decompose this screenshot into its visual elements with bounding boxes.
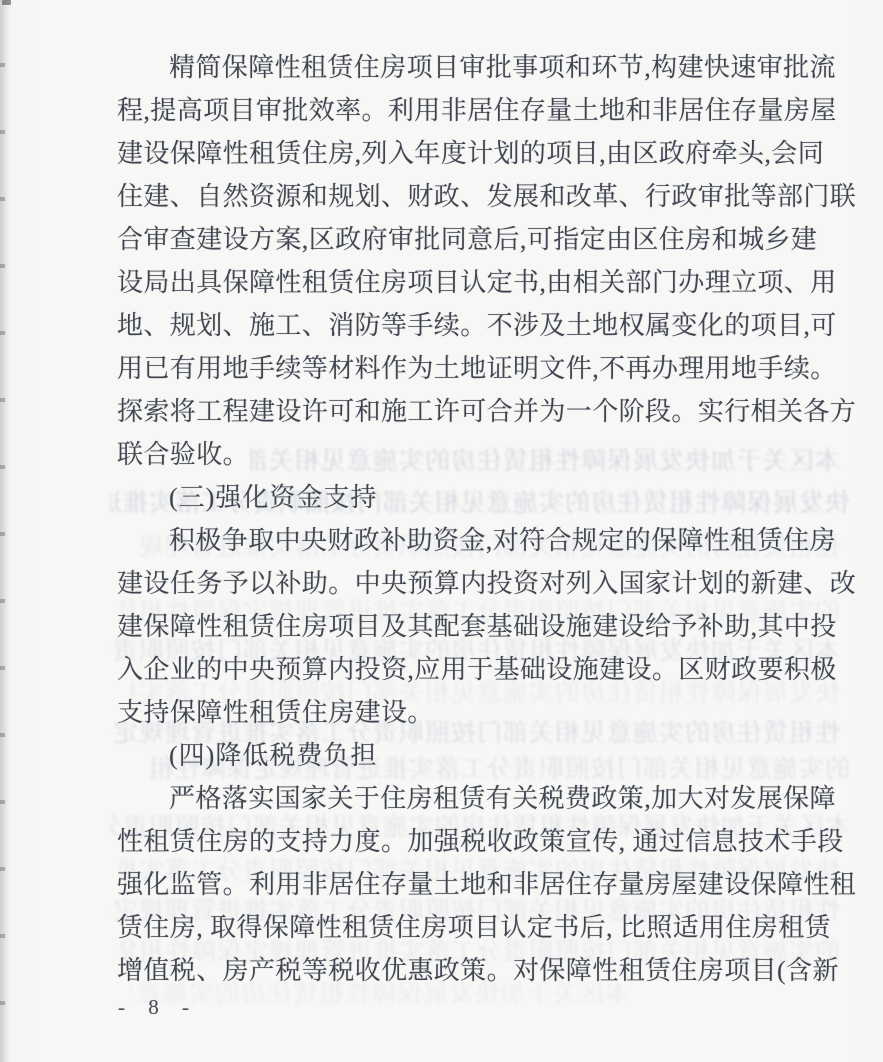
page-number: - 8 - <box>118 995 198 1020</box>
text-line: 入企业的中央预算内投资,应用于基础设施建设。区财政要积极 <box>117 648 808 691</box>
text-line: 建设任务予以补助。中央预算内投资对列入国家计划的新建、改 <box>117 562 808 605</box>
text-line: 赁住房, 取得保障性租赁住房项目认定书后, 比照适用住房租赁 <box>117 906 808 949</box>
text-line: 支持保障性租赁住房建设。 <box>117 691 808 734</box>
text-line: 严格落实国家关于住房租赁有关税费政策,加大对发展保障 <box>117 777 808 820</box>
text-line: 合审查建设方案,区政府审批同意后,可指定由区住房和城乡建 <box>117 218 808 261</box>
text-line: (三)强化资金支持 <box>117 476 808 519</box>
scanned-page: 本区关于加快发展保障性租赁住房的实施意见相关部门按照职责分工快发展保障性租赁住房… <box>0 0 883 1062</box>
text-line: 增值税、房产税等税收优惠政策。对保障性租赁住房项目(含新 <box>117 949 808 992</box>
text-line: 设局出具保障性租赁住房项目认定书,由相关部门办理立项、用 <box>117 261 808 304</box>
text-line: 建保障性租赁住房项目及其配套基础设施建设给予补助,其中投 <box>117 605 808 648</box>
document-text: 精简保障性租赁住房项目审批事项和环节,构建快速审批流程,提高项目审批效率。利用非… <box>117 46 808 992</box>
text-line: 程,提高项目审批效率。利用非居住存量土地和非居住存量房屋 <box>117 89 808 132</box>
text-line: 精简保障性租赁住房项目审批事项和环节,构建快速审批流 <box>117 46 808 89</box>
text-line: 地、规划、施工、消防等手续。不涉及土地权属变化的项目,可 <box>117 304 808 347</box>
text-line: 积极争取中央财政补助资金,对符合规定的保障性租赁住房 <box>117 519 808 562</box>
text-line: 用已有用地手续等材料作为土地证明文件,不再办理用地手续。 <box>117 347 808 390</box>
text-line: 建设保障性租赁住房,列入年度计划的项目,由区政府牵头,会同 <box>117 132 808 175</box>
text-line: 住建、自然资源和规划、财政、发展和改革、行政审批等部门联 <box>117 175 808 218</box>
text-line: 联合验收。 <box>117 433 808 476</box>
text-line: 性租赁住房的支持力度。加强税收政策宣传, 通过信息技术手段 <box>117 820 808 863</box>
text-line: 探索将工程建设许可和施工许可合并为一个阶段。实行相关各方 <box>117 390 808 433</box>
text-line: 强化监管。利用非居住存量土地和非居住存量房屋建设保障性租 <box>117 863 808 906</box>
text-line: (四)降低税费负担 <box>117 734 808 777</box>
